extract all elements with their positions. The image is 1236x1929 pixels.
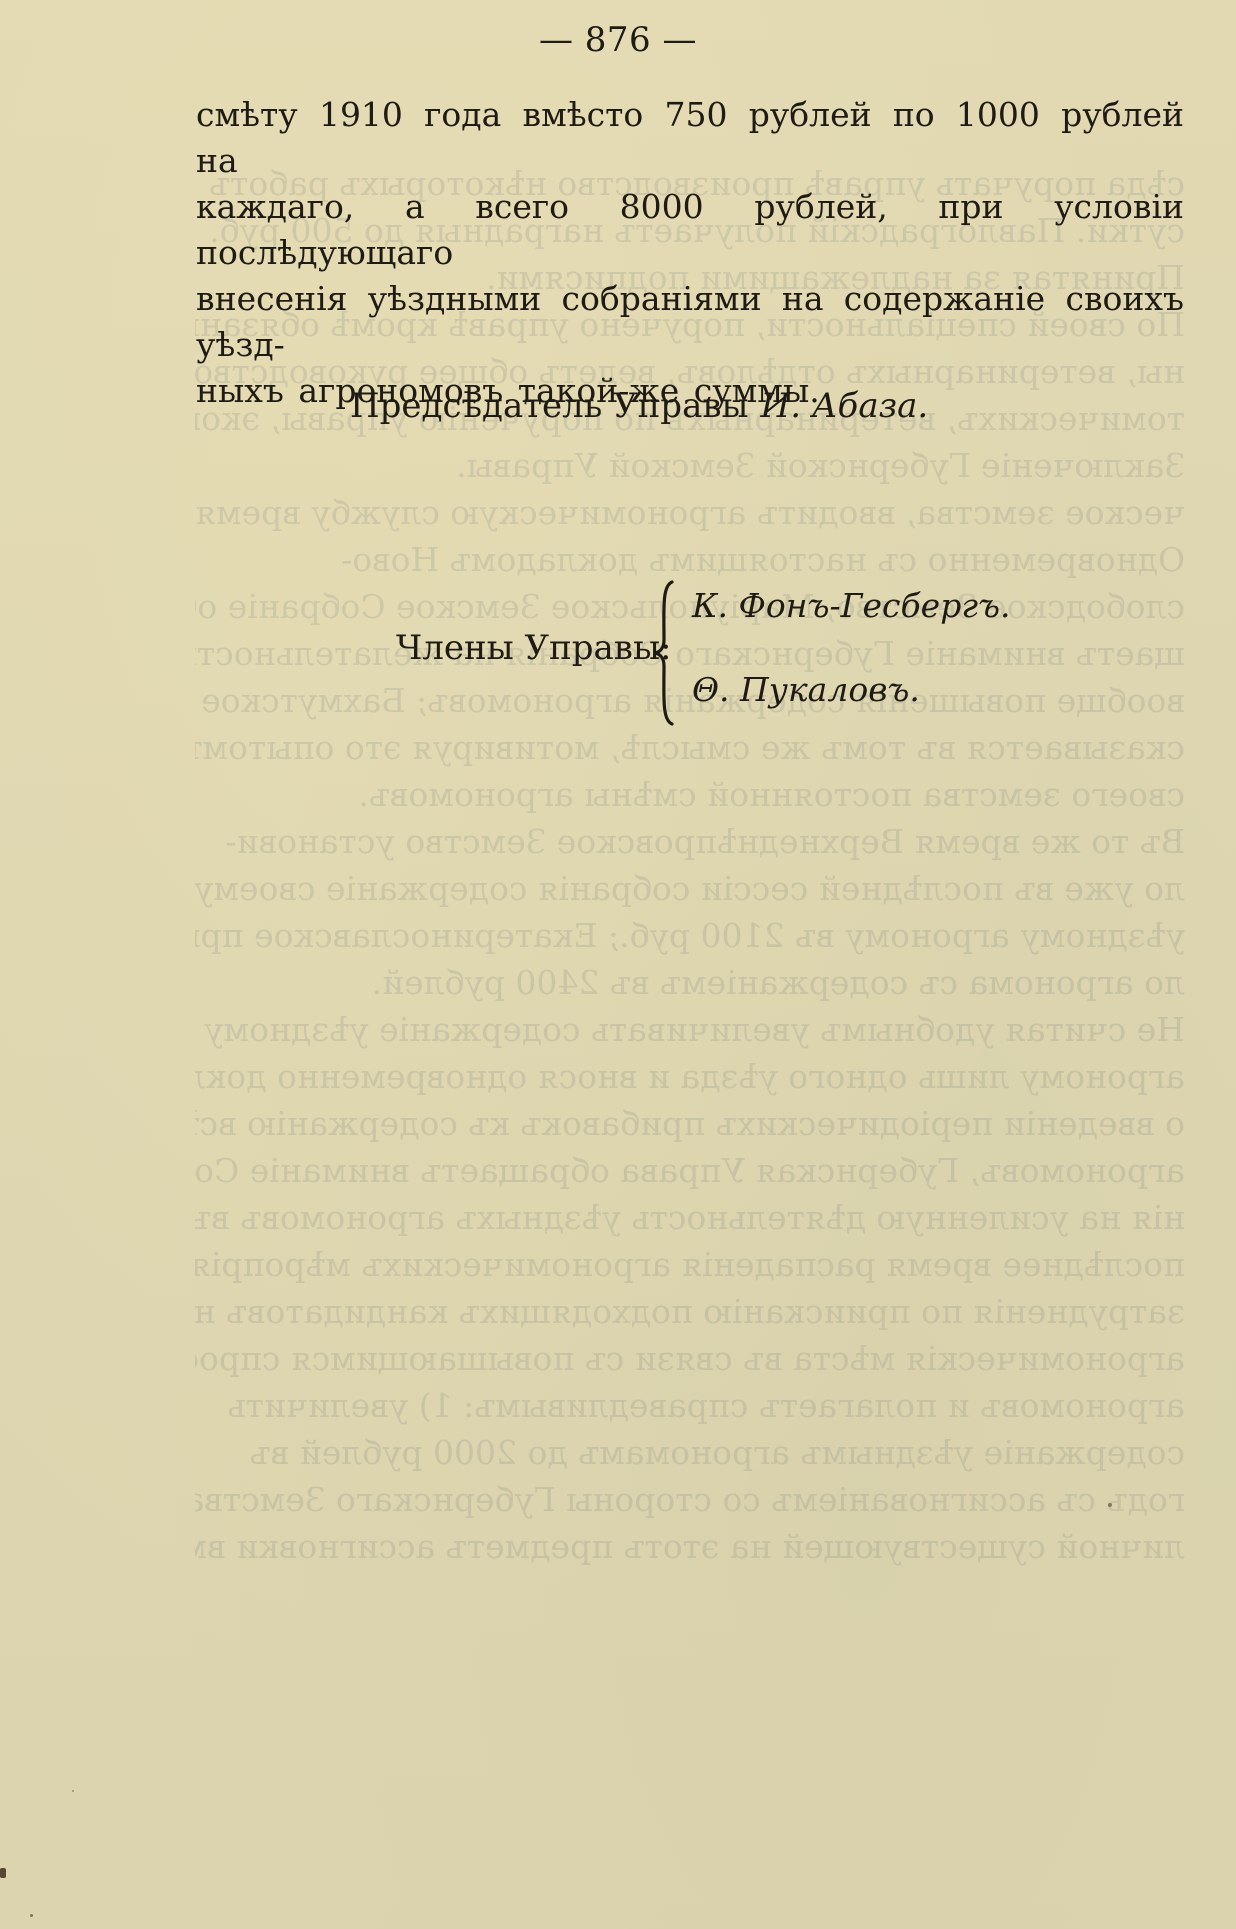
text-line: внесенія уѣздными собраніями на содержан… [196,276,1184,368]
chairman-signature: Предсѣдатель УправыИ. Абаза. [350,386,928,426]
ink-speck [30,1914,33,1917]
ink-speck [0,1868,6,1878]
text-line: смѣту 1910 года вмѣсто 750 рублей по 100… [196,92,1184,184]
body-paragraph: смѣту 1910 года вмѣсто 750 рублей по 100… [196,92,1184,414]
chairman-label: Предсѣдатель Управы [350,386,749,426]
scanned-page: сѣда поручать управѣ производство нѣкото… [0,0,1236,1929]
text-line: каждаго, а всего 8000 рублей, при услові… [196,184,1184,276]
curly-brace-icon [652,580,680,726]
members-signatures: Члены Управы: К. Фонъ-Гесбергъ. Θ. Пукал… [396,578,1096,728]
ink-speck [1108,1503,1112,1507]
ink-speck [72,1790,74,1792]
member-name: К. Фонъ-Гесбергъ. [692,586,1010,625]
member-name: Θ. Пукаловъ. [692,670,920,709]
members-label: Члены Управы: [396,628,671,668]
chairman-name: И. Абаза. [761,386,929,426]
page-number: — 876 — [0,20,1236,60]
